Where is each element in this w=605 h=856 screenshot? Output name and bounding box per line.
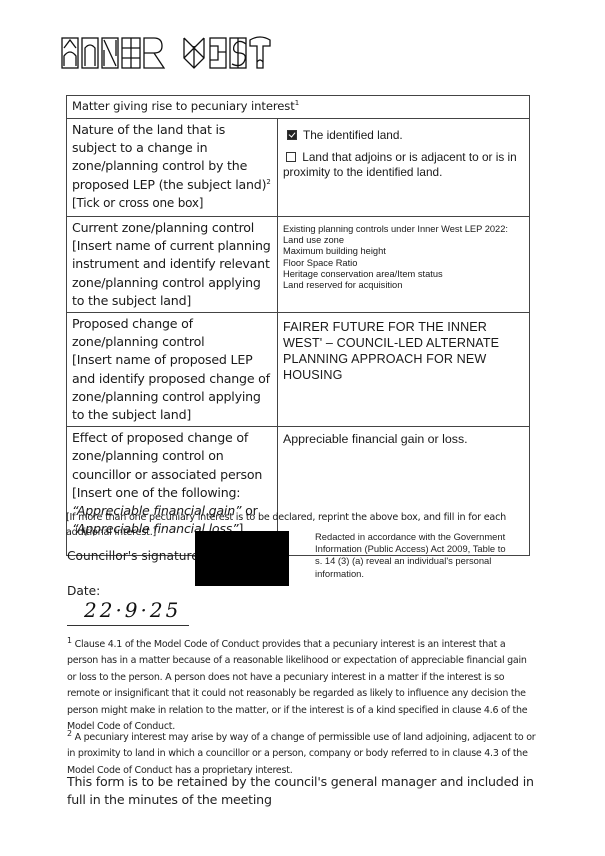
signature-redaction-box: [195, 531, 289, 586]
list-item: Heritage conservation area/Item status: [283, 269, 524, 280]
pecuniary-interest-table: Matter giving rise to pecuniary interest…: [66, 95, 530, 556]
signature-label: Councillor's signature:: [67, 549, 203, 563]
instruction-text: [Insert one of the following:: [72, 485, 240, 500]
table-row: Nature of the land that is subject to a …: [67, 119, 530, 217]
current-zone-value: Existing planning controls under Inner W…: [278, 217, 530, 313]
list-item: Land use zone: [283, 235, 524, 246]
nature-of-land-label: Nature of the land that is subject to a …: [67, 119, 278, 217]
list-item: Maximum building height: [283, 246, 524, 257]
proposed-change-label: Proposed change of zone/planning control…: [67, 313, 278, 427]
nature-of-land-options: The identified land. Land that adjoins o…: [278, 119, 530, 217]
footnote-2: 2 A pecuniary interest may arise by way …: [67, 730, 537, 779]
current-zone-heading: Existing planning controls under Inner W…: [283, 224, 524, 235]
proposed-change-value: FAIRER FUTURE FOR THE INNER WEST' – COUN…: [278, 313, 530, 427]
instruction-text: [Tick or cross one box]: [72, 196, 203, 210]
date-label: Date:: [67, 584, 100, 598]
option-adjoining-land[interactable]: Land that adjoins or is adjacent to or i…: [283, 150, 524, 180]
instruction-text: [Insert name of proposed LEP and identif…: [72, 352, 270, 422]
option-identified-land[interactable]: The identified land.: [287, 128, 524, 142]
list-item: Land reserved for acquisition: [283, 280, 524, 291]
table-row: Current zone/planning control [Insert na…: [67, 217, 530, 313]
redaction-note: Redacted in accordance with the Governme…: [315, 531, 515, 580]
checkbox-empty-icon[interactable]: [286, 152, 296, 162]
footnote-marker: 2: [266, 177, 270, 185]
inner-west-council-logo-icon: [60, 36, 300, 70]
inner-west-logo: [60, 36, 300, 70]
footnote-marker: 1: [295, 99, 299, 107]
instruction-text: [Insert name of current planning instrum…: [72, 238, 271, 308]
current-zone-label: Current zone/planning control [Insert na…: [67, 217, 278, 313]
footnote-marker: 1: [67, 636, 72, 645]
table-title: Matter giving rise to pecuniary interest…: [67, 96, 530, 119]
list-item: Floor Space Ratio: [283, 258, 524, 269]
table-row: Proposed change of zone/planning control…: [67, 313, 530, 427]
closing-statement: This form is to be retained by the counc…: [67, 773, 542, 809]
date-underline: [67, 625, 189, 626]
date-value: 22·9·25: [84, 598, 181, 622]
footnote-1: 1 Clause 4.1 of the Model Code of Conduc…: [67, 637, 537, 735]
footnote-marker: 2: [67, 729, 72, 738]
checkbox-checked-icon[interactable]: [287, 130, 297, 140]
